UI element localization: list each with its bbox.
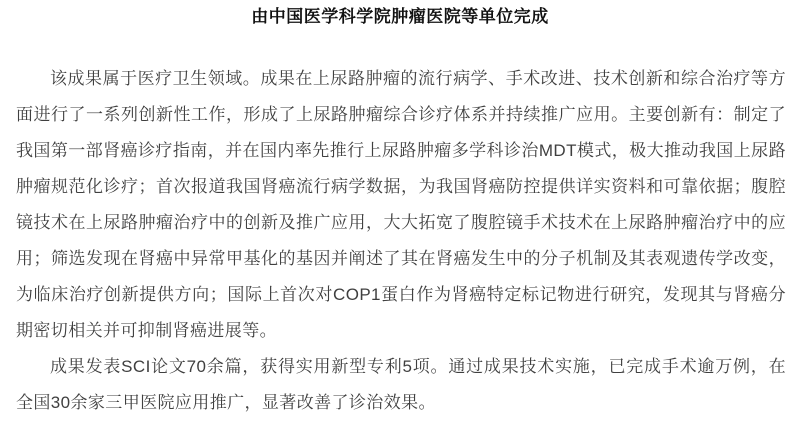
document-body: 该成果属于医疗卫生领域。成果在上尿路肿瘤的流行病学、手术改进、技术创新和综合治疗…: [16, 61, 786, 421]
page-title: 由中国医学科学院肿瘤医院等单位完成: [15, 7, 785, 27]
paragraph-results-summary: 成果发表SCI论文70余篇，获得实用新型专利5项。通过成果技术实施，已完成手术逾…: [16, 349, 786, 421]
paragraph-achievement-overview: 该成果属于医疗卫生领域。成果在上尿路肿瘤的流行病学、手术改进、技术创新和综合治疗…: [16, 61, 786, 349]
document-page: 由中国医学科学院肿瘤医院等单位完成 该成果属于医疗卫生领域。成果在上尿路肿瘤的流…: [0, 0, 800, 430]
